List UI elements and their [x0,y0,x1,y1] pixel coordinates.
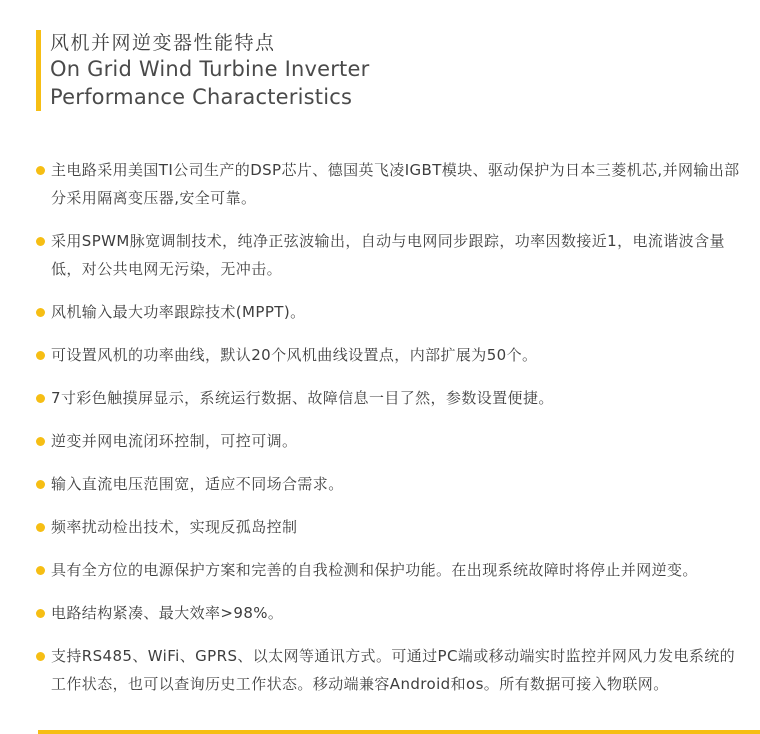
bullet-dot-icon [36,351,45,360]
feature-item: 电路结构紧凑、最大效率>98%。 [36,599,744,627]
bottom-accent-bar-icon [38,730,760,734]
bullet-dot-icon [36,652,45,661]
bullet-dot-icon [36,394,45,403]
page: 风机并网逆变器性能特点 On Grid Wind Turbine Inverte… [0,0,760,698]
feature-item: 主电路采用美国TI公司生产的DSP芯片、德国英飞凌IGBT模块、驱动保护为日本三… [36,156,744,212]
feature-item: 输入直流电压范围宽，适应不同场合需求。 [36,470,744,498]
feature-text: 频率扰动检出技术，实现反孤岛控制 [51,518,297,536]
feature-text: 7寸彩色触摸屏显示，系统运行数据、故障信息一目了然，参数设置便捷。 [51,389,554,407]
bullet-dot-icon [36,237,45,246]
feature-item: 支持RS485、WiFi、GPRS、以太网等通讯方式。可通过PC端或移动端实时监… [36,642,744,698]
bullet-dot-icon [36,566,45,575]
title-texts: 风机并网逆变器性能特点 On Grid Wind Turbine Inverte… [41,30,369,111]
page-title-english-line1: On Grid Wind Turbine Inverter [50,56,369,84]
feature-item: 频率扰动检出技术，实现反孤岛控制 [36,513,744,541]
feature-list: 主电路采用美国TI公司生产的DSP芯片、德国英飞凌IGBT模块、驱动保护为日本三… [36,156,744,698]
feature-text: 电路结构紧凑、最大效率>98%。 [51,604,283,622]
bullet-dot-icon [36,437,45,446]
page-title-chinese: 风机并网逆变器性能特点 [50,30,369,56]
bullet-dot-icon [36,480,45,489]
feature-item: 7寸彩色触摸屏显示，系统运行数据、故障信息一目了然，参数设置便捷。 [36,384,744,412]
bullet-dot-icon [36,609,45,618]
feature-text: 风机输入最大功率跟踪技术(MPPT)。 [51,303,306,321]
bullet-dot-icon [36,166,45,175]
feature-item: 采用SPWM脉宽调制技术，纯净正弦波输出，自动与电网同步跟踪，功率因数接近1，电… [36,227,744,283]
feature-text: 输入直流电压范围宽，适应不同场合需求。 [51,475,344,493]
bullet-dot-icon [36,523,45,532]
title-block: 风机并网逆变器性能特点 On Grid Wind Turbine Inverte… [36,30,744,111]
feature-text: 具有全方位的电源保护方案和完善的自我检测和保护功能。在出现系统故障时将停止并网逆… [51,561,698,579]
feature-text: 采用SPWM脉宽调制技术，纯净正弦波输出，自动与电网同步跟踪，功率因数接近1，电… [51,232,725,278]
feature-item: 具有全方位的电源保护方案和完善的自我检测和保护功能。在出现系统故障时将停止并网逆… [36,556,744,584]
feature-item: 风机输入最大功率跟踪技术(MPPT)。 [36,298,744,326]
feature-item: 逆变并网电流闭环控制，可控可调。 [36,427,744,455]
feature-text: 支持RS485、WiFi、GPRS、以太网等通讯方式。可通过PC端或移动端实时监… [51,647,735,693]
feature-text: 可设置风机的功率曲线，默认20个风机曲线设置点，内部扩展为50个。 [51,346,537,364]
bullet-dot-icon [36,308,45,317]
page-title-english-line2: Performance Characteristics [50,84,369,112]
feature-text: 主电路采用美国TI公司生产的DSP芯片、德国英飞凌IGBT模块、驱动保护为日本三… [51,161,740,207]
feature-item: 可设置风机的功率曲线，默认20个风机曲线设置点，内部扩展为50个。 [36,341,744,369]
feature-text: 逆变并网电流闭环控制，可控可调。 [51,432,297,450]
